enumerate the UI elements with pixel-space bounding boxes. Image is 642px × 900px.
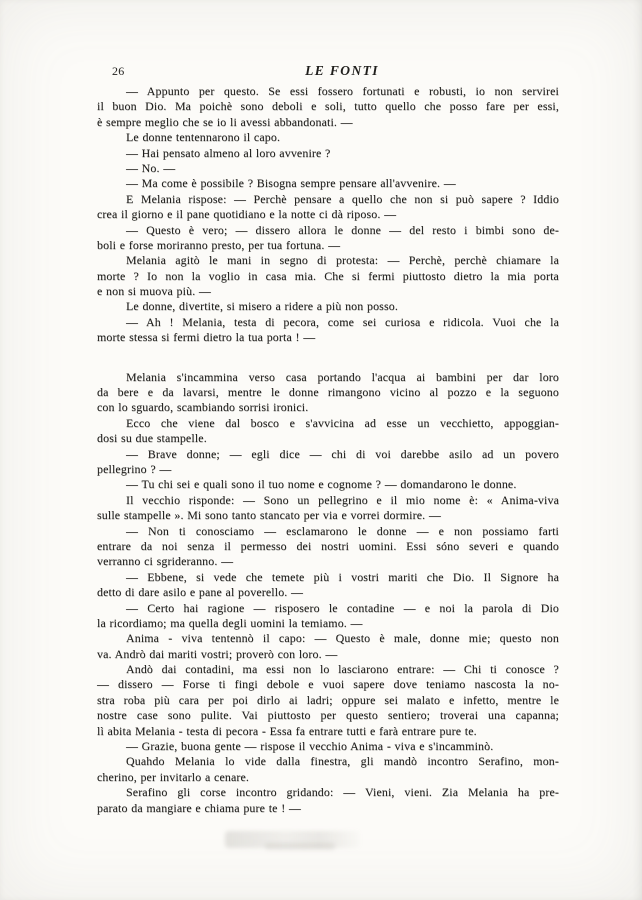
text-line: va. Andrò dai mariti vostri; proverò con… — [97, 647, 559, 662]
paragraph: Il vecchio risponde: — Sono un pellegrin… — [97, 493, 559, 524]
text-line: sulle stampelle ». Mi sono tanto stancat… — [97, 508, 559, 523]
section-break — [97, 346, 559, 370]
text-line: — Ma come è possibile ? Bisogna sempre p… — [97, 176, 559, 191]
text-line: dosi su due stampelle. — [97, 431, 559, 446]
text-line: la ricordiamo; ma quella degli uomini la… — [97, 616, 559, 631]
text-line: morte ? Io non la voglio in casa mia. Ch… — [97, 269, 559, 284]
text-line: parato da mangiare e chiama pure te ! — — [97, 801, 559, 816]
running-head: 26 LE FONTI — [0, 63, 642, 79]
paragraph: — Grazie, buona gente — rispose il vecch… — [97, 739, 559, 754]
paragraph: Anima - viva tentennò il capo: — Questo … — [97, 631, 559, 662]
paragraph: Le donne, divertite, si misero a ridere … — [97, 299, 559, 314]
running-title: LE FONTI — [0, 63, 642, 79]
text-line: — Appunto per questo. Se essi fossero fo… — [97, 84, 559, 99]
text-line: crea il giorno e il pane quotidiano e la… — [97, 207, 559, 222]
paragraph: — Ma come è possibile ? Bisogna sempre p… — [97, 176, 559, 191]
text-line: — Certo hai ragione — risposero le conta… — [97, 601, 559, 616]
text-line: il buon Dio. Ma poichè sono deboli e sol… — [97, 99, 559, 114]
text-line: Le donne, divertite, si misero a ridere … — [97, 299, 559, 314]
text-line: nostre case sono pulite. Vai piuttosto p… — [97, 708, 559, 723]
text-line: Anima - viva tentennò il capo: — Questo … — [97, 631, 559, 646]
text-line: E Melania rispose: — Perchè pensare a qu… — [97, 192, 559, 207]
text-line: — Grazie, buona gente — rispose il vecch… — [97, 739, 559, 754]
text-line: — dissero — Forse ti fingi debole e vuoi… — [97, 677, 559, 692]
text-line: — Questo è vero; — dissero allora le don… — [97, 223, 559, 238]
page-text-block: — Appunto per questo. Se essi fossero fo… — [97, 84, 559, 816]
paragraph: — Questo è vero; — dissero allora le don… — [97, 223, 559, 254]
book-page: 26 LE FONTI — Appunto per questo. Se ess… — [0, 0, 642, 900]
text-line: verranno ci sgrideranno. — — [97, 554, 559, 569]
paragraph: — Brave donne; — egli dice — chi di voi … — [97, 447, 559, 478]
text-line: stra roba più cara per poi dirlo ai ladr… — [97, 693, 559, 708]
text-line: Serafino gli corse incontro gridando: — … — [97, 785, 559, 800]
paragraph: Melania s'incammina verso casa portando … — [97, 370, 559, 416]
page-edge-shading — [632, 0, 642, 900]
scan-bleedthrough-artifact — [225, 831, 360, 848]
text-line: Le donne tentennarono il capo. — [97, 130, 559, 145]
text-line: detto di dare asilo e pane al poverello.… — [97, 585, 559, 600]
paragraph: — Ebbene, si vede che temete più i vostr… — [97, 570, 559, 601]
text-line: cherino, per invitarlo a cenare. — [97, 770, 559, 785]
paragraph: Serafino gli corse incontro gridando: — … — [97, 785, 559, 816]
paragraph: — Non ti conosciamo — esclamarono le don… — [97, 524, 559, 570]
text-line: Melania agitò le mani in segno di protes… — [97, 253, 559, 268]
text-line: e non si muova più. — — [97, 284, 559, 299]
text-line: — Brave donne; — egli dice — chi di voi … — [97, 447, 559, 462]
text-line: boli e forse moriranno presto, per tua f… — [97, 238, 559, 253]
paragraph: — Ah ! Melania, testa di pecora, come se… — [97, 315, 559, 346]
text-line: Melania s'incammina verso casa portando … — [97, 370, 559, 385]
text-line: morte stessa si fermi dietro la tua port… — [97, 330, 559, 345]
paragraph: Ecco che viene dal bosco e s'avvicina ad… — [97, 416, 559, 447]
text-line: con lo sguardo, scambiando sorrisi ironi… — [97, 400, 559, 415]
text-line: — Ebbene, si vede che temete più i vostr… — [97, 570, 559, 585]
paragraph: — No. — — [97, 161, 559, 176]
text-line: da bere e da lavarsi, mentre le donne ri… — [97, 385, 559, 400]
paragraph: E Melania rispose: — Perchè pensare a qu… — [97, 192, 559, 223]
text-line: pellegrino ? — — [97, 462, 559, 477]
paragraph: Andò dai contadini, ma essi non lo lasci… — [97, 662, 559, 739]
text-line: Quahdo Melania lo vide dalla finestra, g… — [97, 754, 559, 769]
paragraph: — Certo hai ragione — risposero le conta… — [97, 601, 559, 632]
paragraph: — Tu chi sei e quali sono il tuo nome e … — [97, 477, 559, 492]
text-line: è sempre meglio che se io li avessi abba… — [97, 115, 559, 130]
paragraph: Melania agitò le mani in segno di protes… — [97, 253, 559, 299]
text-line: — No. — — [97, 161, 559, 176]
text-line: — Tu chi sei e quali sono il tuo nome e … — [97, 477, 559, 492]
text-line: entrare da noi senza il permesso dei nos… — [97, 539, 559, 554]
text-line: Andò dai contadini, ma essi non lo lasci… — [97, 662, 559, 677]
text-line: — Non ti conosciamo — esclamarono le don… — [97, 524, 559, 539]
text-line: Il vecchio risponde: — Sono un pellegrin… — [97, 493, 559, 508]
paragraph: — Hai pensato almeno al loro avvenire ? — [97, 146, 559, 161]
text-line: — Ah ! Melania, testa di pecora, come se… — [97, 315, 559, 330]
paragraph: — Appunto per questo. Se essi fossero fo… — [97, 84, 559, 130]
paragraph: Quahdo Melania lo vide dalla finestra, g… — [97, 754, 559, 785]
text-line: — Hai pensato almeno al loro avvenire ? — [97, 146, 559, 161]
text-line: lì abita Melania - testa di pecora - Ess… — [97, 724, 559, 739]
paragraph: Le donne tentennarono il capo. — [97, 130, 559, 145]
text-line: Ecco che viene dal bosco e s'avvicina ad… — [97, 416, 559, 431]
